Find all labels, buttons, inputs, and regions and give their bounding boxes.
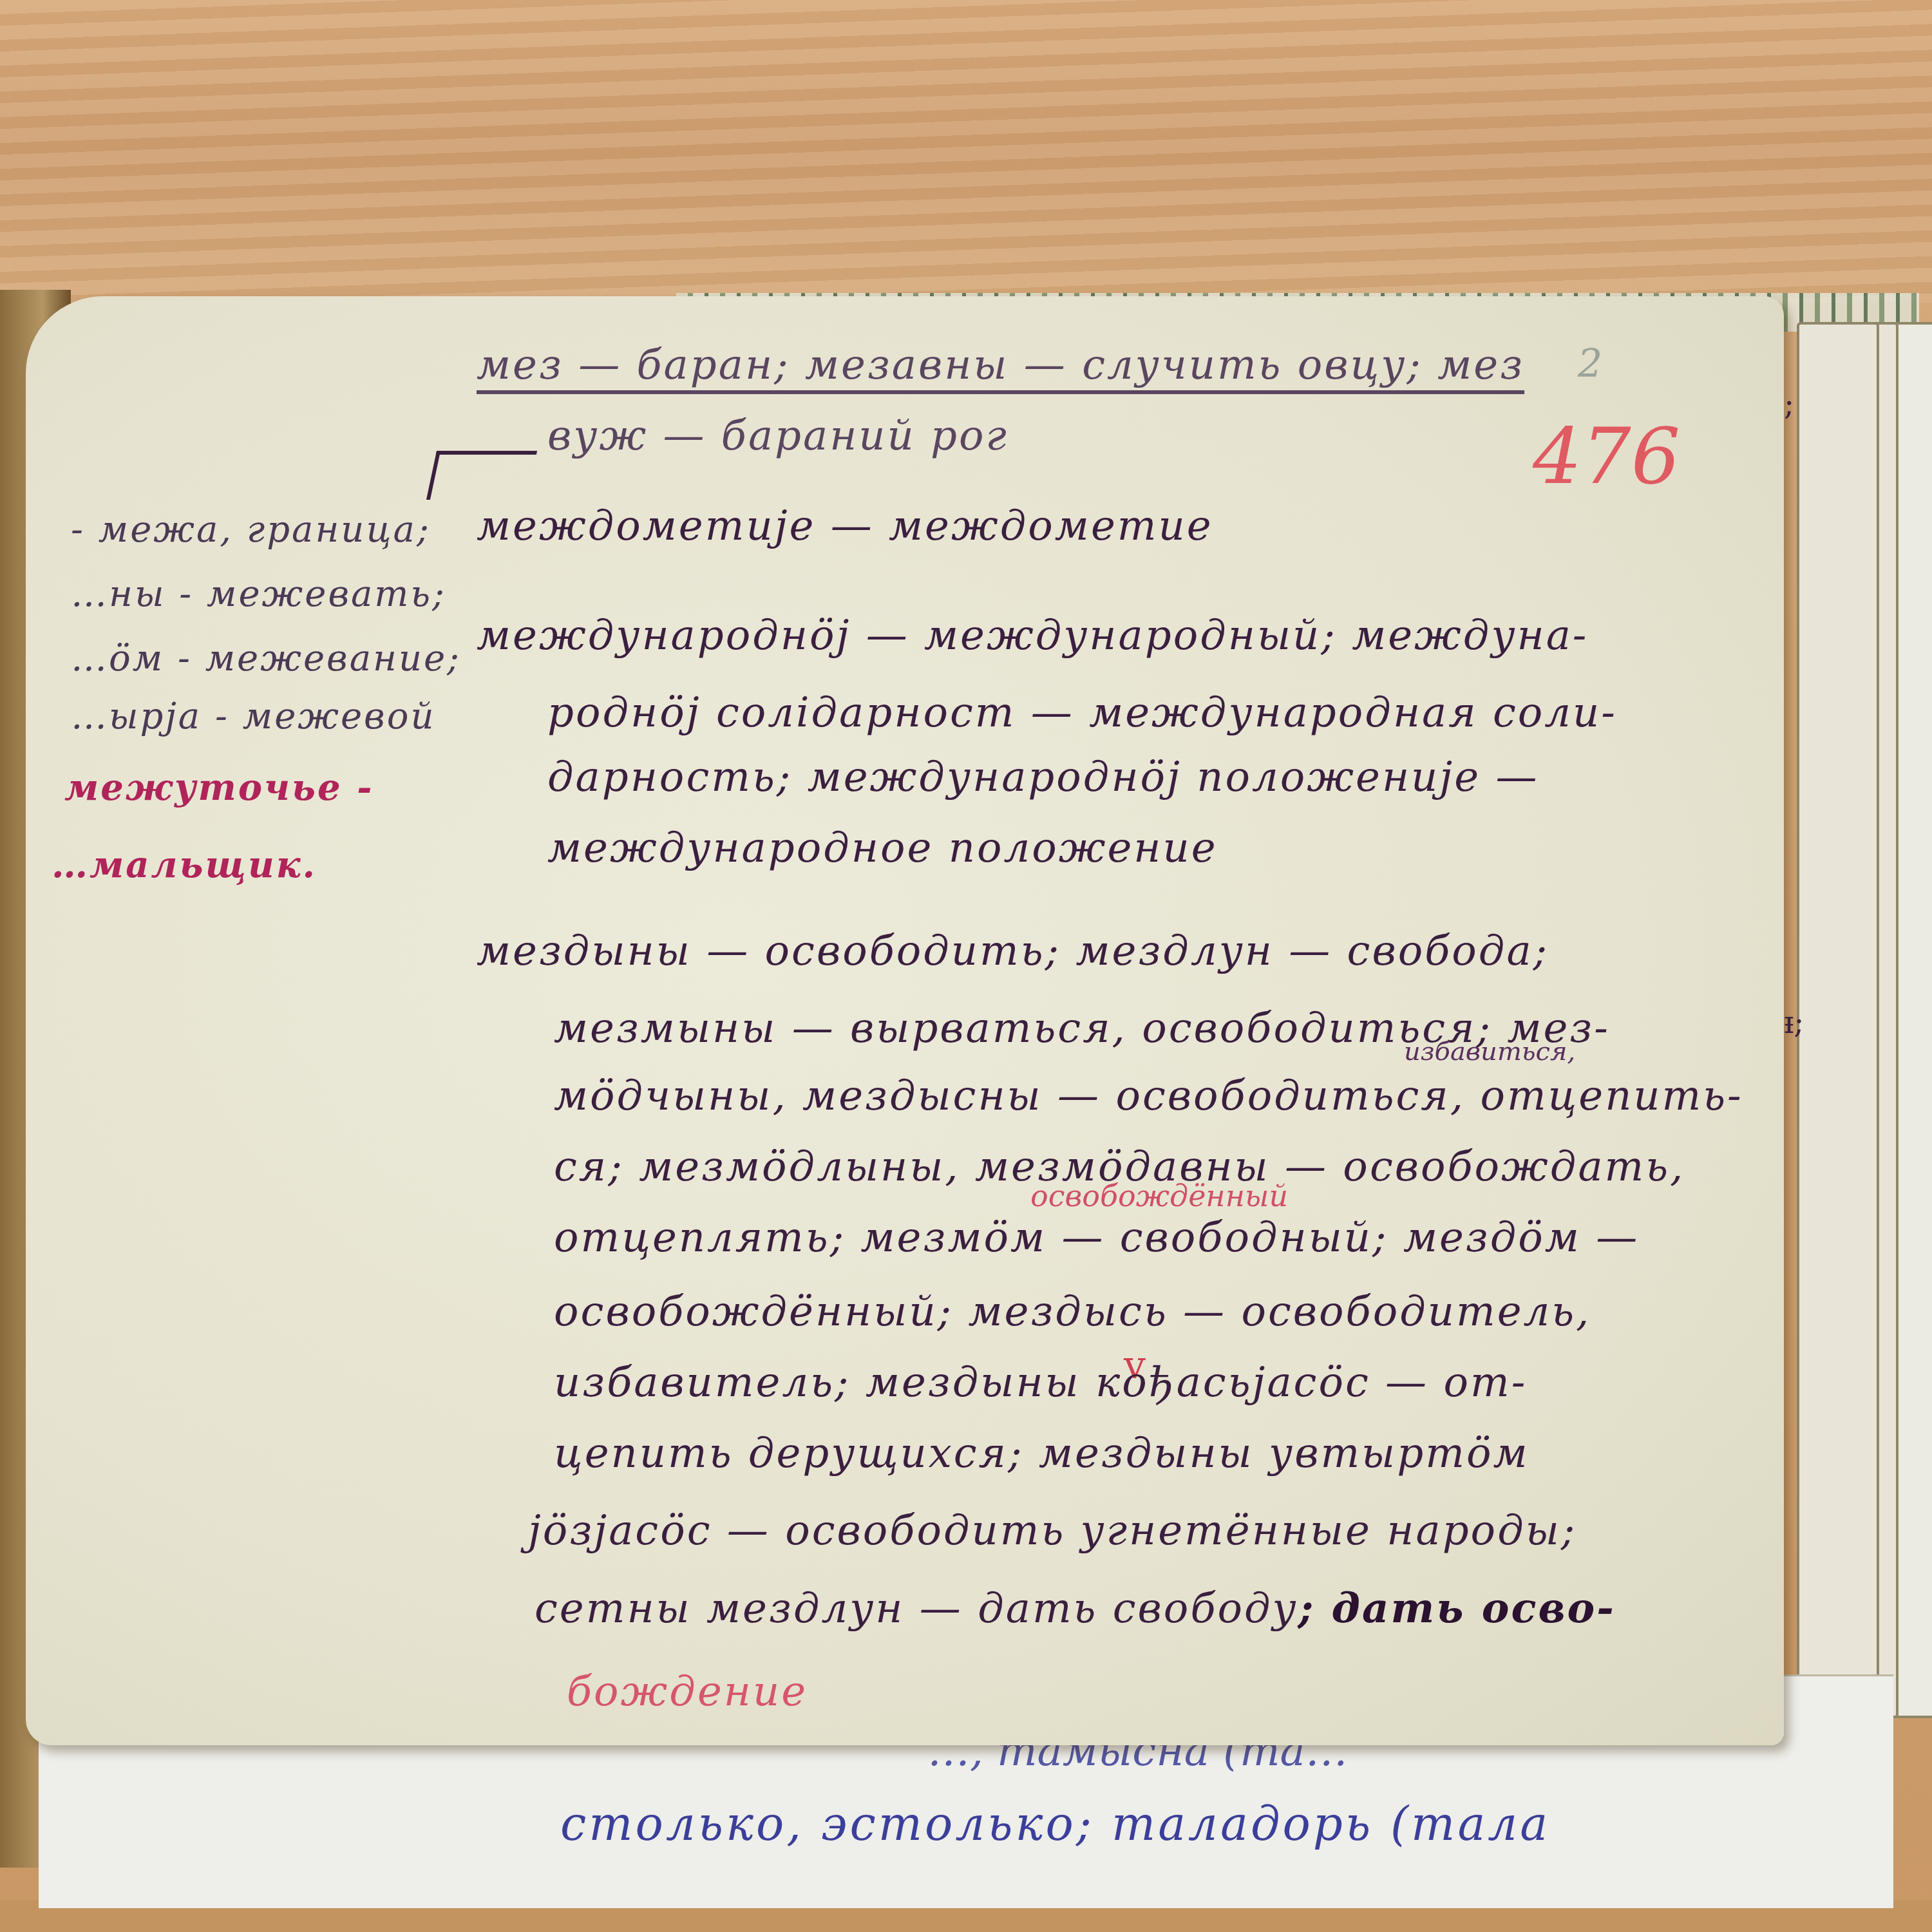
entry-line: вуж — бараний рог: [547, 412, 1009, 460]
page-number: 476: [1533, 412, 1680, 502]
margin-note: …ырја - межевой: [71, 696, 435, 737]
margin-note: - межа, граница;: [71, 509, 431, 551]
entry-line: цепить дерущихся; мездыны увтыртöм: [554, 1430, 1529, 1477]
interlinear-addition-red: освобождённый: [1030, 1179, 1288, 1213]
entry-line: междометије — междометие: [477, 502, 1213, 550]
edge-mark: ;: [1784, 386, 1794, 422]
entry-line: мездыны — освободить; мездлун — свобода;: [477, 927, 1549, 975]
check-mark-icon: [426, 451, 537, 500]
margin-note-red: межуточье -: [64, 766, 374, 809]
wooden-table-top: [0, 0, 1932, 303]
entry-line: отцеплять; мезмöм — свободный; мездöм —: [554, 1214, 1639, 1262]
page-stack-edge: [1797, 322, 1879, 1718]
entry-line: сетны мездлун — дать свободу; дать осво-: [535, 1584, 1616, 1633]
pencil-mark: 2: [1578, 341, 1602, 386]
margin-note-red: …мальщик.: [52, 844, 317, 886]
edge-mark: ᵻ;: [1784, 1005, 1804, 1041]
entry-line: мöдчыны, мездысны — освободиться, отцепи…: [554, 1072, 1743, 1120]
entry-line: освобождённый; мездысь — освободитель,: [554, 1288, 1591, 1336]
underlying-page-line: столько, эстолько; таладорь (тала: [560, 1797, 1550, 1851]
margin-note: …ны - межевать;: [71, 573, 446, 615]
entry-line: мез — баран; мезавны — случить овцу; мез: [477, 341, 1524, 389]
entry-line: роднöј солідарност — международная соли-: [547, 689, 1617, 737]
entry-line: дарность; международнöј положеније —: [547, 753, 1539, 801]
entry-line: международнöј — международный; междуна-: [477, 612, 1588, 659]
red-addition-continued: бождение: [567, 1668, 808, 1716]
entry-line: избавитель; мездыны кођасьјасöс — от-: [554, 1359, 1527, 1406]
red-addition: ; дать осво-: [1298, 1584, 1616, 1633]
margin-note: …öм - межевание;: [71, 638, 461, 679]
entry-line: международное положение: [547, 824, 1218, 872]
entry-line: јöзјасöс — освободить угнетённые народы;: [528, 1507, 1577, 1555]
interlinear-addition: избавиться,: [1404, 1037, 1575, 1066]
